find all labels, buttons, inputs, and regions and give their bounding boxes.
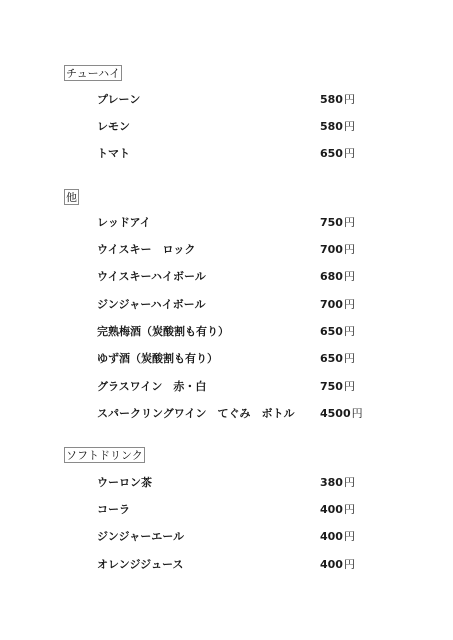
item-name: トマト xyxy=(97,146,130,162)
item-price: 750円 xyxy=(320,215,355,231)
price-value: 400 xyxy=(320,558,343,571)
menu-item: ジンジャーエール 400円 xyxy=(0,529,453,545)
section-header-soft-drinks: ソフトドリンク xyxy=(64,447,145,463)
price-value: 380 xyxy=(320,476,343,489)
section-header-chuhai: チューハイ xyxy=(64,65,122,81)
price-unit: 円 xyxy=(344,120,355,133)
menu-item: スパークリングワイン てぐみ ボトル 4500円 xyxy=(0,406,453,422)
price-unit: 円 xyxy=(344,298,355,311)
price-value: 700 xyxy=(320,243,343,256)
item-name: オレンジジュース xyxy=(97,557,183,573)
menu-item: ウイスキー ロック 700円 xyxy=(0,242,453,258)
price-unit: 円 xyxy=(344,558,355,571)
item-name: ウーロン茶 xyxy=(97,475,152,491)
item-name: ジンジャーエール xyxy=(97,529,184,545)
item-price: 580円 xyxy=(320,92,355,108)
price-value: 400 xyxy=(320,530,343,543)
menu-item: ウーロン茶 380円 xyxy=(0,475,453,491)
menu-item: ウイスキーハイボール 680円 xyxy=(0,269,453,285)
item-price: 4500円 xyxy=(320,406,363,422)
item-price: 700円 xyxy=(320,297,355,313)
menu-item: グラスワイン 赤・白 750円 xyxy=(0,379,453,395)
menu-page: チューハイ プレーン 580円 レモン 580円 トマト 650円 他 レッドア… xyxy=(0,0,453,640)
item-price: 400円 xyxy=(320,502,355,518)
price-unit: 円 xyxy=(344,270,355,283)
price-value: 4500 xyxy=(320,407,351,420)
item-price: 650円 xyxy=(320,324,355,340)
menu-item: ジンジャーハイボール 700円 xyxy=(0,297,453,313)
price-unit: 円 xyxy=(344,147,355,160)
item-name: プレーン xyxy=(97,92,140,108)
price-value: 750 xyxy=(320,380,343,393)
price-unit: 円 xyxy=(344,503,355,516)
item-price: 580円 xyxy=(320,119,355,135)
price-value: 650 xyxy=(320,325,343,338)
menu-item: トマト 650円 xyxy=(0,146,453,162)
item-name: 完熟梅酒（炭酸割も有り） xyxy=(97,324,229,340)
item-name: スパークリングワイン てぐみ ボトル xyxy=(97,406,294,422)
menu-item: 完熟梅酒（炭酸割も有り） 650円 xyxy=(0,324,453,340)
price-value: 580 xyxy=(320,120,343,133)
item-price: 680円 xyxy=(320,269,355,285)
menu-item: レッドアイ 750円 xyxy=(0,215,453,231)
price-unit: 円 xyxy=(344,243,355,256)
price-value: 680 xyxy=(320,270,343,283)
item-price: 700円 xyxy=(320,242,355,258)
menu-item: レモン 580円 xyxy=(0,119,453,135)
item-name: ウイスキーハイボール xyxy=(97,269,206,285)
price-value: 700 xyxy=(320,298,343,311)
price-value: 650 xyxy=(320,352,343,365)
section-header-other: 他 xyxy=(64,189,79,205)
price-unit: 円 xyxy=(344,530,355,543)
menu-item: コーラ 400円 xyxy=(0,502,453,518)
price-unit: 円 xyxy=(344,93,355,106)
item-price: 750円 xyxy=(320,379,355,395)
item-price: 380円 xyxy=(320,475,355,491)
item-name: レッドアイ xyxy=(97,215,151,231)
price-unit: 円 xyxy=(344,476,355,489)
item-name: レモン xyxy=(97,119,130,135)
price-value: 580 xyxy=(320,93,343,106)
price-value: 400 xyxy=(320,503,343,516)
item-name: ゆず酒（炭酸割も有り） xyxy=(97,351,218,367)
item-name: ウイスキー ロック xyxy=(97,242,195,258)
item-price: 650円 xyxy=(320,146,355,162)
menu-item: プレーン 580円 xyxy=(0,92,453,108)
item-price: 400円 xyxy=(320,529,355,545)
menu-item: オレンジジュース 400円 xyxy=(0,557,453,573)
price-value: 750 xyxy=(320,216,343,229)
item-name: コーラ xyxy=(97,502,130,518)
menu-item: ゆず酒（炭酸割も有り） 650円 xyxy=(0,351,453,367)
price-unit: 円 xyxy=(352,407,363,420)
item-name: ジンジャーハイボール xyxy=(97,297,205,313)
price-unit: 円 xyxy=(344,380,355,393)
price-unit: 円 xyxy=(344,216,355,229)
price-value: 650 xyxy=(320,147,343,160)
item-name: グラスワイン 赤・白 xyxy=(97,379,206,395)
price-unit: 円 xyxy=(344,352,355,365)
item-price: 400円 xyxy=(320,557,355,573)
price-unit: 円 xyxy=(344,325,355,338)
item-price: 650円 xyxy=(320,351,355,367)
